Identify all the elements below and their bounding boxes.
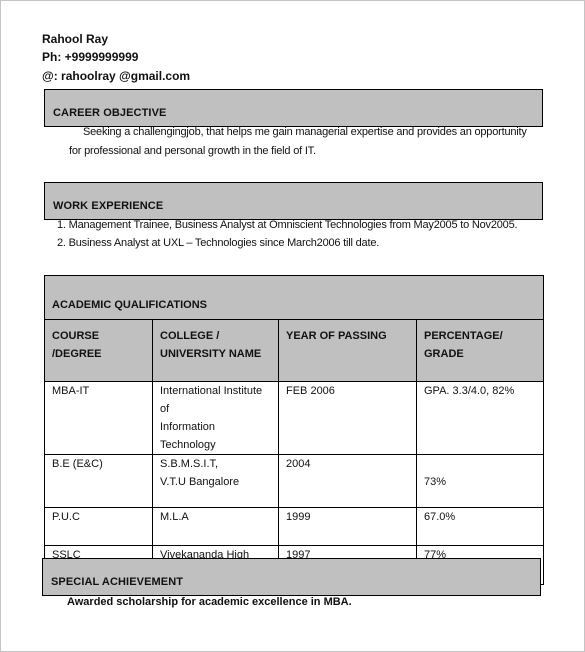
table-row: P.U.C M.L.A 1999 67.0%: [45, 508, 544, 546]
special-achievement-text: Awarded scholarship for academic excelle…: [67, 596, 352, 609]
section-title: ACADEMIC QUALIFICATIONS: [45, 276, 544, 320]
cell-year: FEB 2006: [279, 382, 417, 455]
table-title-row: ACADEMIC QUALIFICATIONS: [45, 276, 544, 320]
column-header-grade: PERCENTAGE/GRADE: [417, 320, 544, 382]
column-header-course: COURSE/DEGREE: [45, 320, 153, 382]
table-row: B.E (E&C) S.B.M.S.I.T,V.T.U Bangalore 20…: [45, 455, 544, 508]
cell-course: P.U.C: [45, 508, 153, 546]
section-title: CAREER OBJECTIVE: [53, 107, 166, 119]
table-header-row: COURSE/DEGREE COLLEGE /UNIVERSITY NAME Y…: [45, 320, 544, 382]
cell-college: International Institute ofInformation Te…: [153, 382, 279, 455]
work-experience-header: WORK EXPERIENCE: [44, 182, 543, 220]
cell-course: B.E (E&C): [45, 455, 153, 508]
academic-qualifications-table: ACADEMIC QUALIFICATIONS COURSE/DEGREE CO…: [44, 275, 544, 585]
phone-number: Ph: +9999999999: [42, 50, 138, 64]
cell-college: S.B.M.S.I.T,V.T.U Bangalore: [153, 455, 279, 508]
column-header-college: COLLEGE /UNIVERSITY NAME: [153, 320, 279, 382]
career-objective-line-1: Seeking a challengingjob, that helps me …: [83, 126, 527, 139]
work-experience-item: 2. Business Analyst at UXL – Technologie…: [57, 237, 379, 250]
cell-grade: 73%: [417, 455, 544, 508]
candidate-name: Rahool Ray: [42, 32, 108, 46]
column-header-year: YEAR OF PASSING: [279, 320, 417, 382]
work-experience-item: 1. Management Trainee, Business Analyst …: [57, 219, 517, 232]
cell-grade: GPA. 3.3/4.0, 82%: [417, 382, 544, 455]
cell-grade: 67.0%: [417, 508, 544, 546]
resume-page: Rahool Ray Ph: +9999999999 @: rahoolray …: [0, 0, 585, 652]
special-achievement-header: SPECIAL ACHIEVEMENT: [42, 558, 541, 596]
career-objective-header: CAREER OBJECTIVE: [44, 89, 543, 127]
cell-year: 2004: [279, 455, 417, 508]
cell-course: MBA-IT: [45, 382, 153, 455]
cell-college: M.L.A: [153, 508, 279, 546]
table-row: MBA-IT International Institute ofInforma…: [45, 382, 544, 455]
section-title: SPECIAL ACHIEVEMENT: [51, 576, 183, 588]
cell-year: 1999: [279, 508, 417, 546]
career-objective-line-2: for professional and personal growth in …: [69, 145, 316, 158]
section-title: WORK EXPERIENCE: [53, 200, 163, 212]
email-address: @: rahoolray @gmail.com: [42, 69, 190, 83]
